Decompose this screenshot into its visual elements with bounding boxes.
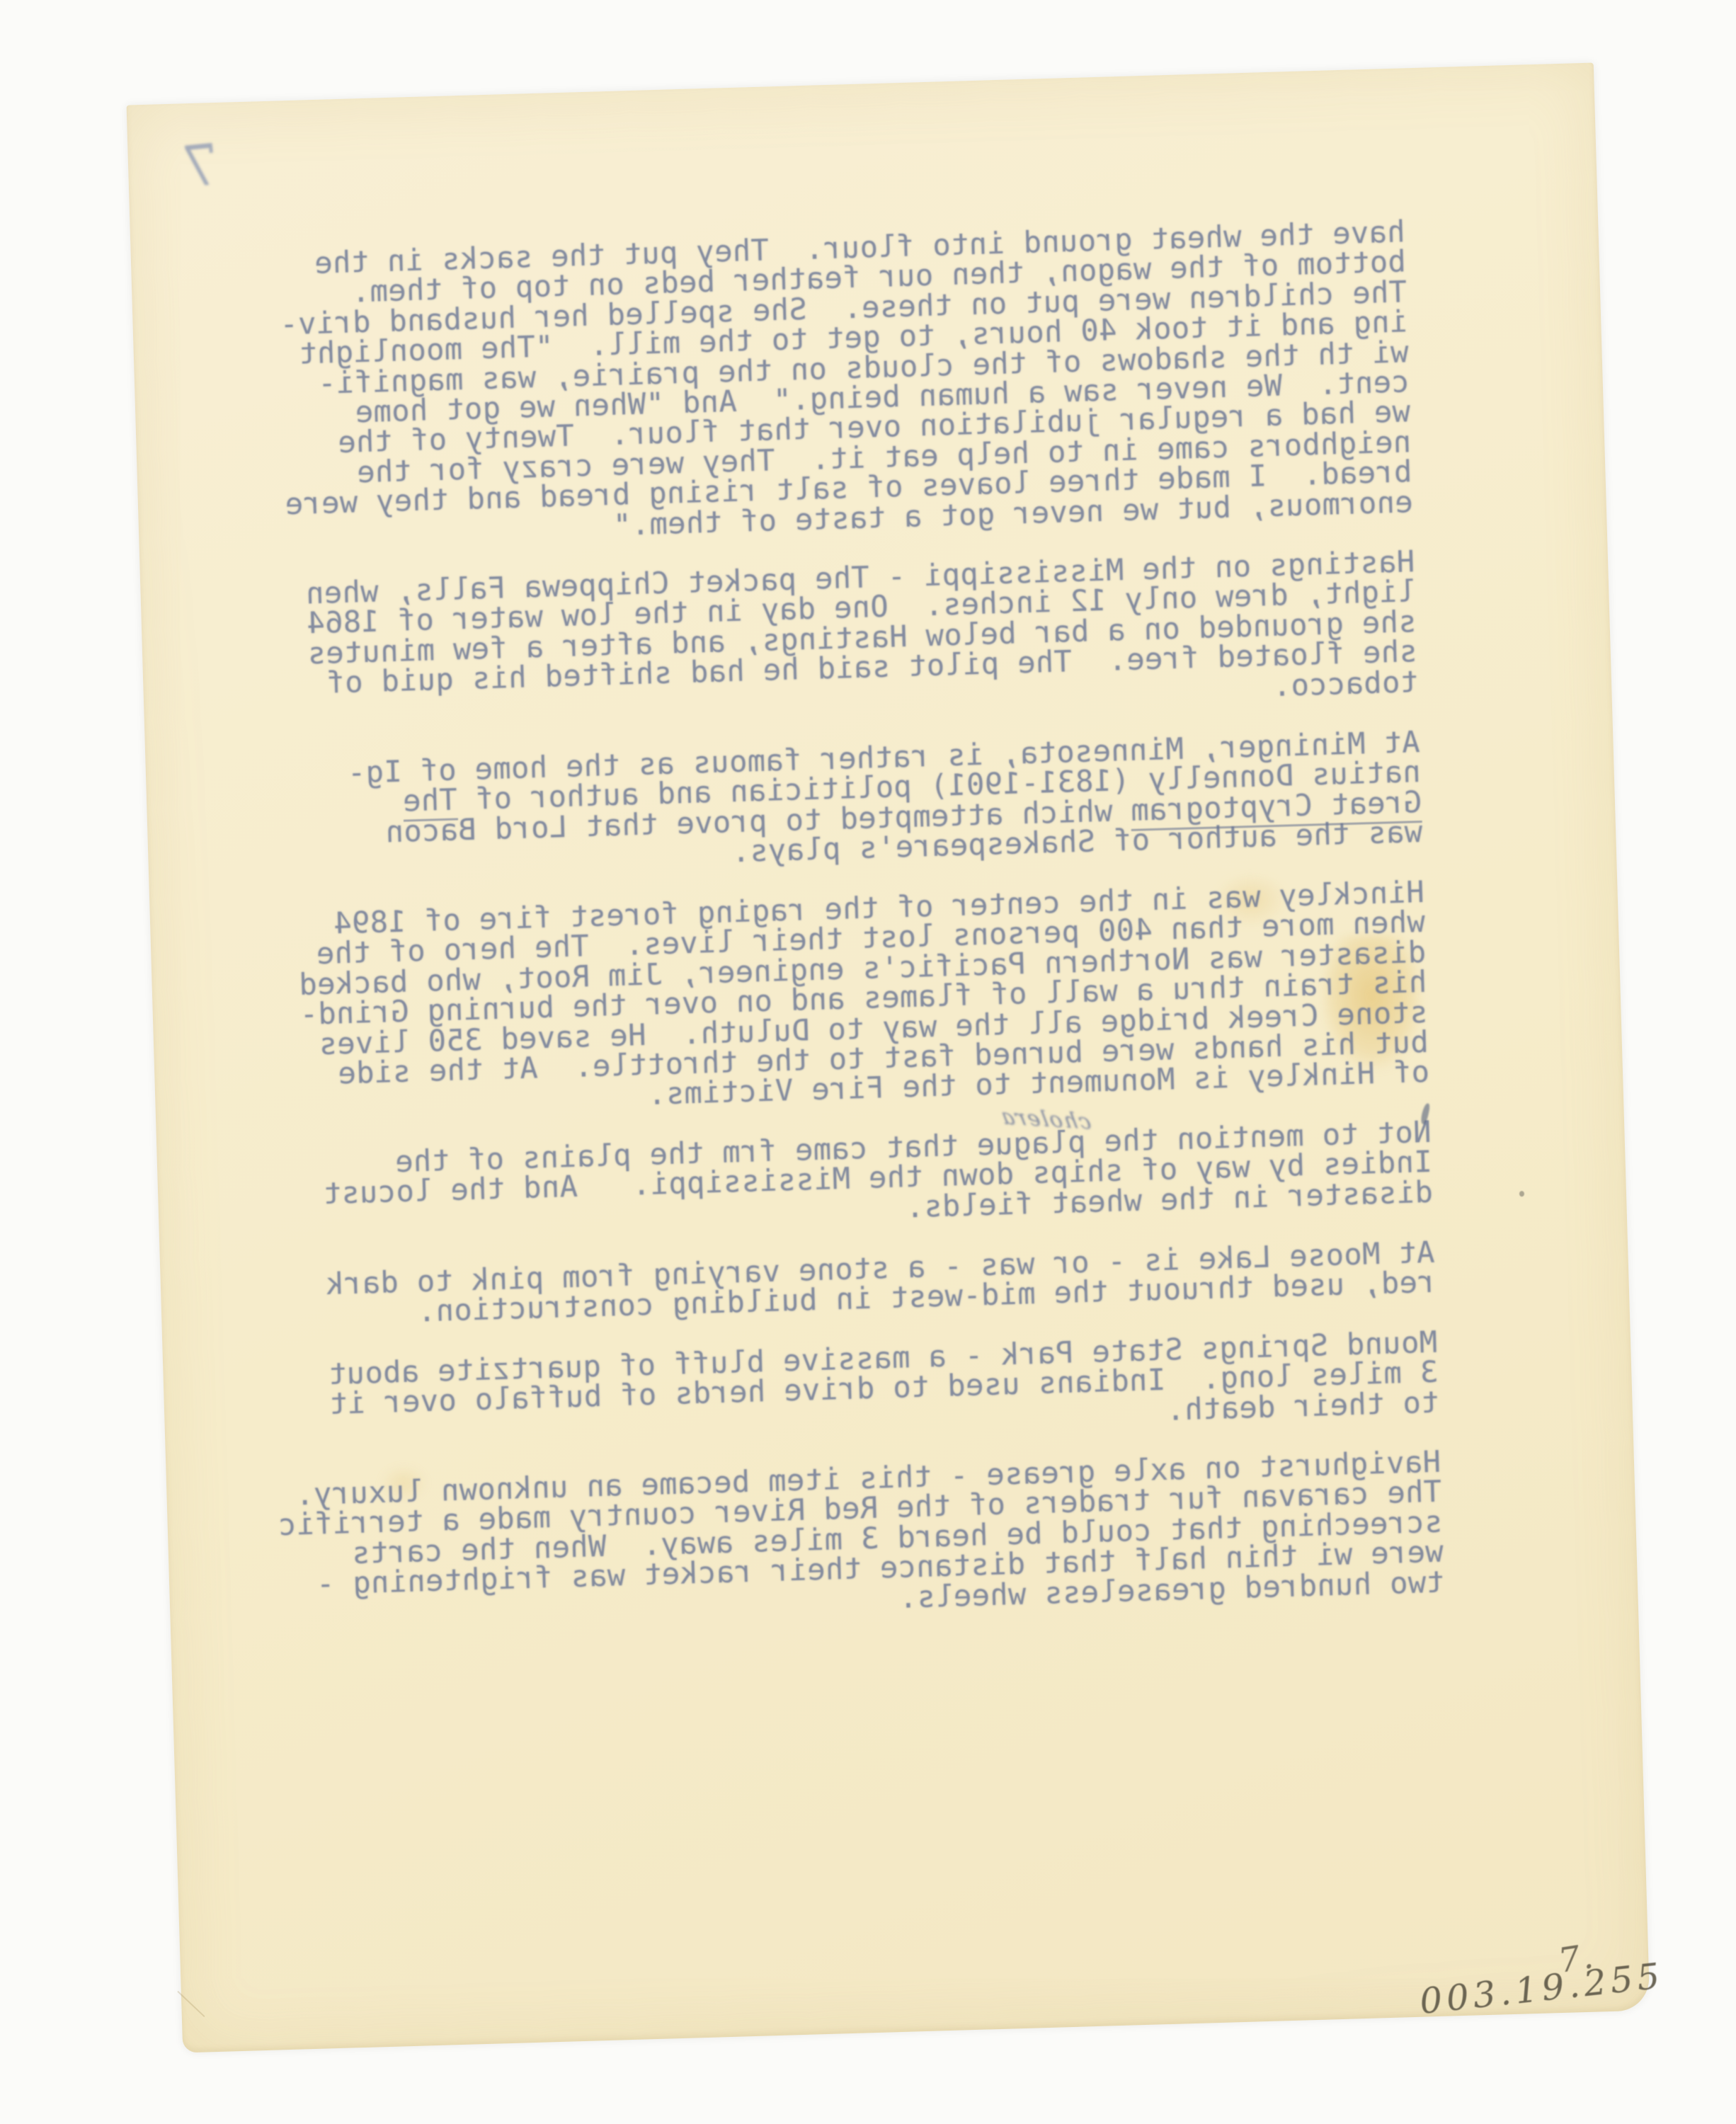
ink-speck-small xyxy=(1519,1191,1524,1197)
typed-paragraph: Mound Springs State Park - a massive blu… xyxy=(177,1327,1439,1454)
typed-paragraph: Havighurst on axle grease - this item be… xyxy=(181,1447,1444,1633)
paper-sheet: 7 cholera have the wheat ground into flo… xyxy=(127,63,1650,2053)
typed-paragraph: Hastings on the Mississippi - The packet… xyxy=(154,547,1418,733)
scanned-document-page: { "document": { "kind": "typewritten pag… xyxy=(0,0,1736,2124)
typed-text-block-mirrored: 7 cholera have the wheat ground into flo… xyxy=(141,68,1457,2052)
bleedthrough-page-number: 7 xyxy=(180,131,222,200)
typed-paragraph: Hinckley was in the center of the raging… xyxy=(164,877,1430,1124)
typed-paragraph: At Moose Lake is - or was - a stone vary… xyxy=(174,1238,1436,1334)
typed-paragraph: At Mininger, Minnesota, is rather famous… xyxy=(160,727,1423,884)
typed-paragraph: Not to mention the plague that came frm … xyxy=(171,1117,1433,1244)
typed-paragraph: have the wheat ground into flour. They p… xyxy=(145,217,1414,553)
